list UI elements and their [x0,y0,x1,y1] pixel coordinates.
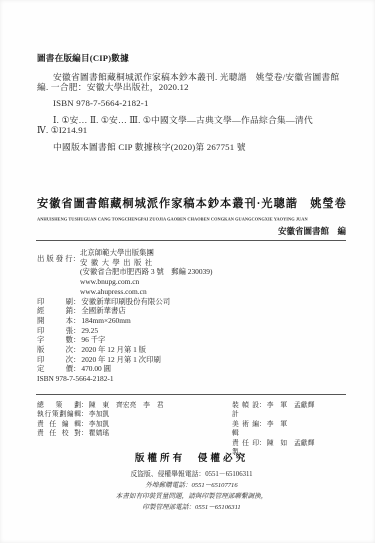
staff-row-colon: ： [81,420,88,429]
imprint-row-colon: ： [73,316,80,326]
staff-row: 責任編輯： 李加凱 [37,420,164,429]
imprint-row-value: 2020 年 12 月第 1 版 [81,345,346,355]
staff-row: 責任校對： 瞿婧瑤 [37,429,164,438]
imprint-row-value: 安徽新華印刷股份有限公司 [81,297,346,307]
imprint-block: 出版發行： 北京師範大學出版集團 安徽大學出版社 (安徽省合肥市肥西路 3 號 … [37,248,346,384]
quality-notice-line: 本書如有印裝質量問題，請與印製管理部聯繫調換， [37,491,346,502]
publisher-row: 出版發行： 北京師範大學出版集團 安徽大學出版社 (安徽省合肥市肥西路 3 號 … [37,248,346,297]
staff-row-colon: ： [259,420,266,439]
imprint-row-value: 470.00 圓 [81,364,346,374]
imprint-row-colon: ： [73,345,80,355]
imprint-row-label: 印張 [37,326,73,336]
imprint-row: 定價： 470.00 圓 [37,364,346,374]
imprint-row: 印刷： 安徽新華印刷股份有限公司 [37,297,346,307]
cip-class-line-1: Ⅰ. ①安… Ⅱ. ①安… Ⅲ. ①中國文學—古典文學—作品綜合集—清代 [37,115,346,125]
imprint-isbn: ISBN 978-7-5664-2182-1 [37,374,346,384]
mail-order-phone-line: 外埠郵購電話：0551－65107716 [37,480,346,491]
imprint-row: 經銷： 全國新華書店 [37,306,346,316]
publisher-address: (安徽省合肥市肥西路 3 號 郵編 230039) [80,267,346,277]
staff-row-colon: ： [259,401,266,420]
title-block: 安徽省圖書館藏桐城派作家稿本鈔本叢刊·光聰諧 姚瑩卷 ANHUISHENG TU… [37,195,346,237]
staff-row: 裝幀設計： 李 軍 孟獻輝 [232,401,314,420]
imprint-row-label: 定價 [37,364,73,374]
imprint-row-label: 字數 [37,335,73,345]
copyright-block: 版權所有 侵權必究 反盜版、侵權舉報電話：0551－65106311 外埠郵購電… [37,450,346,513]
imprint-row-value: 2020 年 12 月第 1 次印刷 [81,355,346,365]
imprint-row-label: 開本 [37,316,73,326]
staff-row-label: 執行策劃編輯 [37,410,81,419]
publisher-lines: 北京師範大學出版集團 安徽大學出版社 (安徽省合肥市肥西路 3 號 郵編 230… [80,248,346,297]
imprint-row-label: 版次 [37,345,73,355]
staff-block: 總策劃： 陳 東 齊宏亮 李 君 執行策劃編輯： 李加凱 責任編輯： 李加凱 責… [37,401,346,443]
publisher-label: 出版發行 [37,253,73,297]
staff-row-value: 陳 東 齊宏亮 李 君 [89,401,164,410]
publisher-label-colon: ： [73,253,80,297]
staff-row: 總策劃： 陳 東 齊宏亮 李 君 [37,401,164,410]
staff-row-value: 李 軍 孟獻輝 [267,401,315,420]
anti-piracy-phone-line: 反盜版、侵權舉報電話：0551－65106311 [37,469,346,480]
imprint-row: 字數： 96 千字 [37,335,346,345]
book-title: 安徽省圖書館藏桐城派作家稿本鈔本叢刊·光聰諧 姚瑩卷 [37,195,346,211]
imprint-rows: 印刷： 安徽新華印刷股份有限公司 經銷： 全國新華書店 開本： 184mm×26… [37,297,346,375]
cip-entry-line-2: 編. 一合肥：安徽大學出版社，2020.12 [37,82,346,92]
imprint-row-colon: ： [73,306,80,316]
imprint-row: 版次： 2020 年 12 月第 1 版 [37,345,346,355]
publisher-url-1: www.bnupg.com.cn [80,277,346,287]
staff-row: 美術編輯： 李 軍 [232,420,314,439]
imprint-row: 印張： 29.25 [37,326,346,336]
imprint-row-label: 經銷 [37,306,73,316]
cip-entry-line-1: 安徽省圖書館藏桐城派作家稿本鈔本叢刊. 光聰諧 姚瑩卷/安徽省圖書館 [37,72,346,82]
staff-row-colon: ： [81,429,88,438]
staff-row-value: 瞿婧瑤 [89,429,109,438]
imprint-row-value: 29.25 [81,326,346,336]
imprint-row-colon: ： [73,355,80,365]
imprint-row-value: 96 千字 [81,335,346,345]
print-dept-phone-line: 印製管理部電話：0551－65106311 [37,502,346,513]
imprint-row-colon: ： [73,364,80,374]
staff-row-label: 責任編輯 [37,420,81,429]
staff-row-label: 責任校對 [37,429,81,438]
publisher-press-name: 安徽大學出版社 [80,258,346,268]
staff-row: 執行策劃編輯： 李加凱 [37,410,164,419]
colophon-page: 圖書在版編目(CIP)數據 安徽省圖書館藏桐城派作家稿本鈔本叢刊. 光聰諧 姚瑩… [0,0,375,543]
publisher-group-name: 北京師範大學出版集團 [80,248,346,258]
staff-row-value: 李加凱 [89,410,109,419]
staff-right-column: 裝幀設計： 李 軍 孟獻輝 美術編輯： 李 軍 責任印製： 陳 如 孟獻輝 [232,401,314,457]
editor-line: 安徽省圖書館 編 [37,225,346,237]
imprint-row: 印次： 2020 年 12 月第 1 次印刷 [37,355,346,365]
imprint-row: 開本： 184mm×260mm [37,316,346,326]
staff-row-label: 總策劃 [37,401,81,410]
staff-row-label: 裝幀設計 [232,401,259,420]
imprint-row-colon: ： [73,326,80,336]
staff-row-label: 美術編輯 [232,420,259,439]
cip-class-line-2: Ⅳ. ①I214.91 [37,125,346,135]
publisher-url-2: www.ahupress.com.cn [80,287,346,297]
cip-block: 圖書在版編目(CIP)數據 安徽省圖書館藏桐城派作家稿本鈔本叢刊. 光聰諧 姚瑩… [37,52,346,152]
staff-row-colon: ： [81,410,88,419]
staff-row-value: 李 軍 [267,420,287,439]
staff-row-value: 李加凱 [89,420,109,429]
cip-header: 圖書在版編目(CIP)數據 [37,52,346,64]
imprint-row-label: 印次 [37,355,73,365]
imprint-row-colon: ： [73,335,80,345]
copyright-notice: 版權所有 侵權必究 [37,450,346,464]
imprint-row-label: 印刷 [37,297,73,307]
staff-left-column: 總策劃： 陳 東 齊宏亮 李 君 執行策劃編輯： 李加凱 責任編輯： 李加凱 責… [37,401,164,439]
imprint-row-value: 全國新華書店 [81,306,346,316]
book-title-romanization: ANHUISHENG TUSHUGUAN CANG TONGCHENGPAI Z… [37,218,345,222]
imprint-row-colon: ： [73,297,80,307]
cip-record-number: 中國版本圖書館 CIP 數據核字(2020)第 267751 號 [37,142,346,152]
imprint-row-value: 184mm×260mm [81,316,346,326]
divider-top [36,240,346,241]
staff-row-colon: ： [81,401,88,410]
cip-isbn: ISBN 978-7-5664-2182-1 [37,98,346,108]
publisher-label-wrap: 出版發行： [37,248,80,297]
divider-bottom [36,394,346,395]
